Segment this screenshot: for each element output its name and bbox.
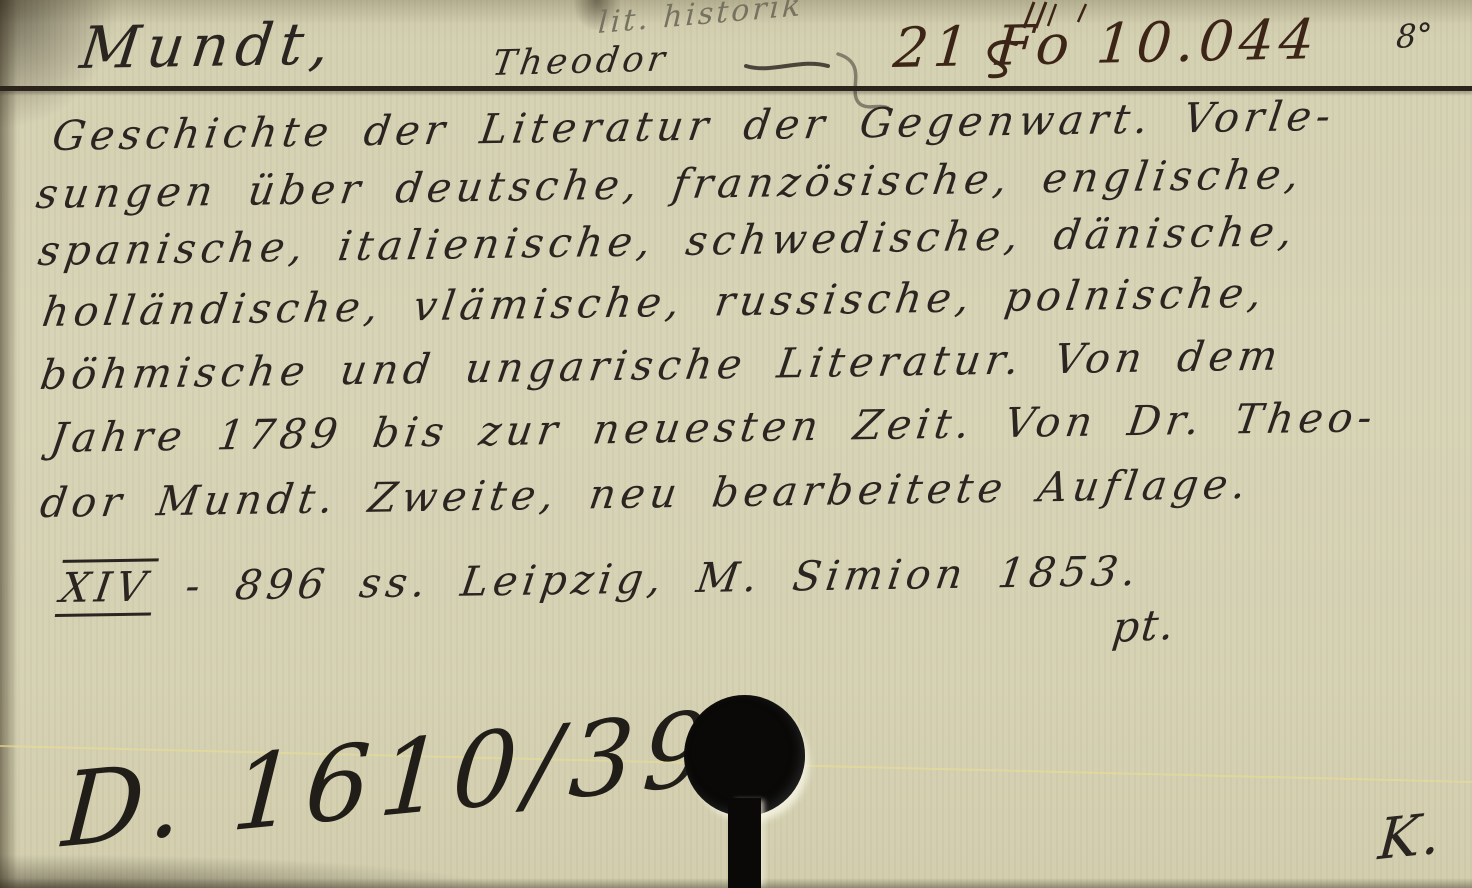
catalog-title-line: böhmische und ungarische Literatur. Von … (37, 331, 1285, 399)
catalog-title-line: Jahre 1789 bis zur neuesten Zeit. Von Dr… (47, 393, 1380, 462)
pencil-subject-note: lit. historik (597, 0, 804, 41)
roman-pagination: XIV (55, 558, 159, 617)
catalog-title-line: spanische, italienische, schwedische, dä… (35, 207, 1300, 275)
catalog-title-line: dor Mundt. Zweite, neu bearbeitete Aufla… (37, 460, 1254, 527)
header-rule (0, 86, 1472, 91)
catalog-card-scan: Mundt, Theodor lit. historik 21 Fo 10.04… (0, 0, 1472, 888)
punch-hole-slot (728, 798, 761, 888)
catalog-title-line: holländische, vlämische, russische, poln… (39, 269, 1270, 336)
call-number: 21 Fo 10.044 (891, 7, 1322, 80)
binding-note: pt. (1110, 599, 1178, 652)
shelf-mark: D. 1610/39. (59, 684, 761, 871)
cataloger-initial: K. (1376, 801, 1444, 873)
scan-shadow-left (0, 0, 18, 888)
author-surname: Mundt, (77, 9, 340, 82)
catalog-title-line: Geschichte der Literatur der Gegenwart. … (49, 92, 1338, 160)
catalog-title-line: sungen über deutsche, französische, engl… (33, 150, 1307, 218)
call-number-hatch-icon (1018, 0, 1098, 30)
collation-line: XIV - 896 ss. Leipzig, M. Simion 1853. (55, 543, 1145, 617)
format-mark: 8° (1395, 15, 1433, 56)
author-forename: Theodor (490, 39, 672, 84)
call-number-flourish-icon (980, 36, 1022, 82)
imprint-text: - 896 ss. Leipzig, M. Simion 1853. (151, 547, 1144, 611)
